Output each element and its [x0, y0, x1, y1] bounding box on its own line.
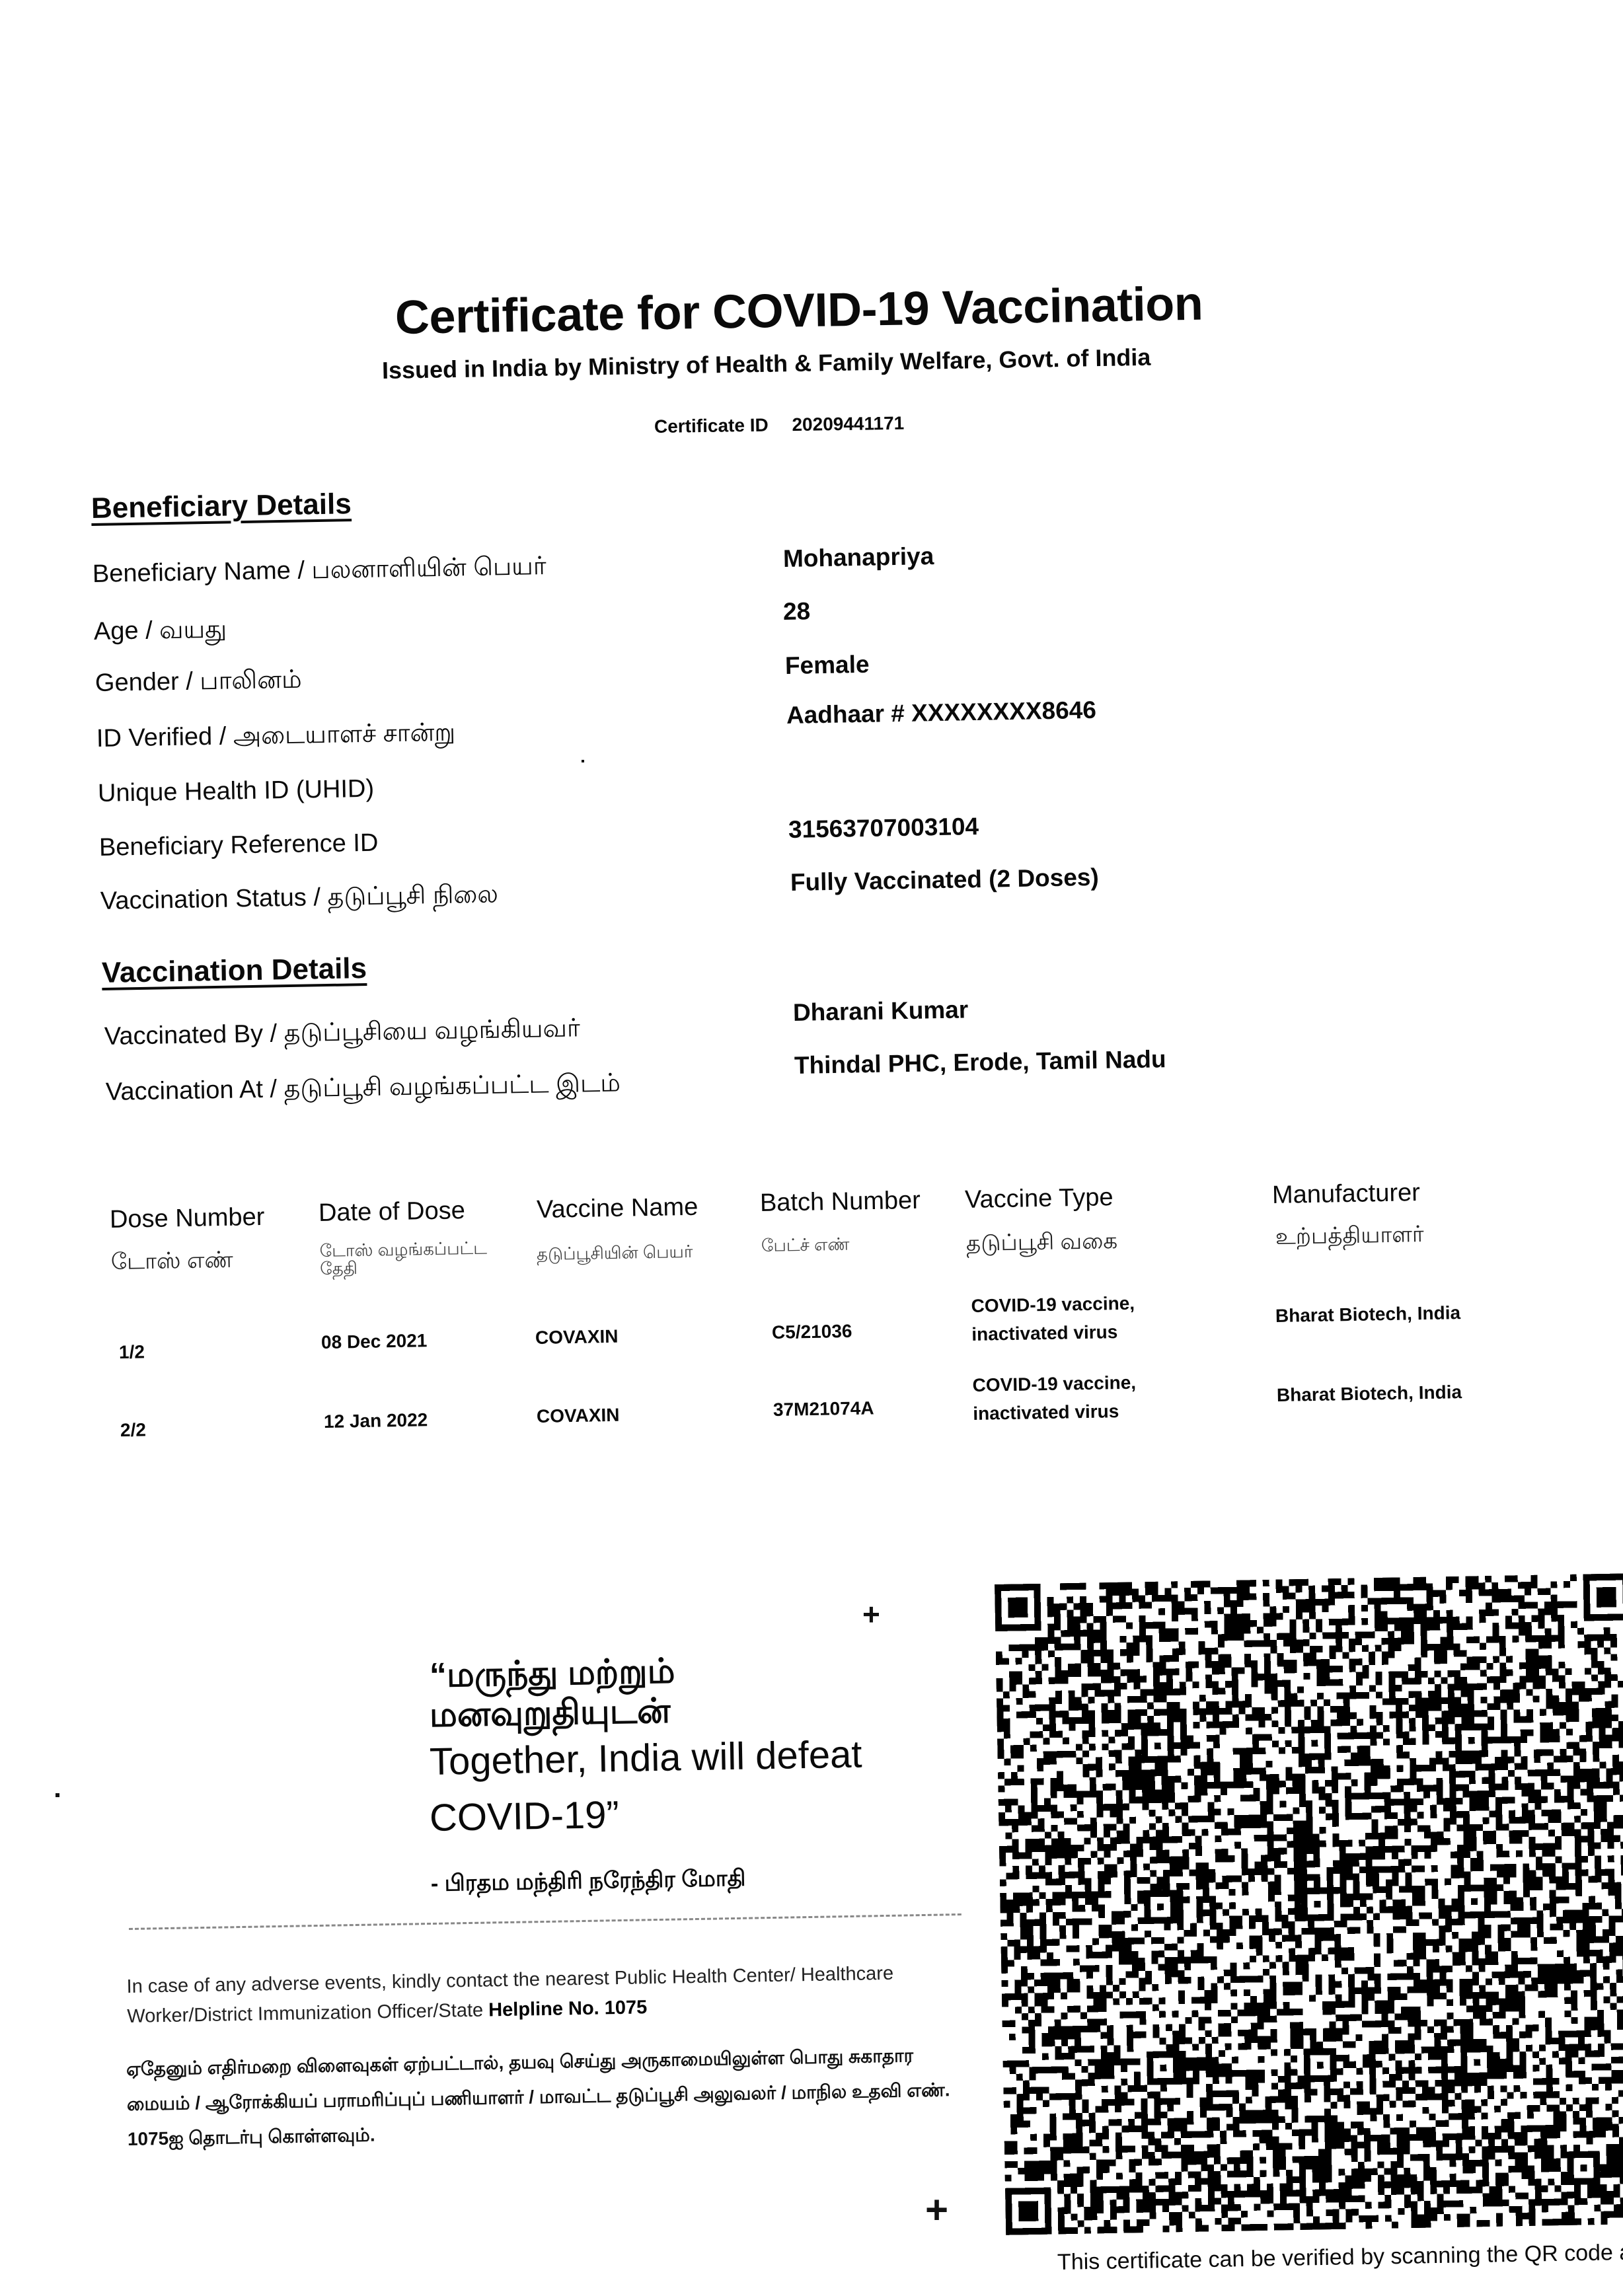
col-batch-number-ta: பேட்ச் எண்: [761, 1236, 850, 1255]
adverse-events-tamil: ஏதேனும் எதிர்மறை விளைவுகள் ஏற்பட்டால், த…: [126, 2037, 954, 2157]
col-vaccine-name-ta: தடுப்பூசியின் பெயர்: [537, 1243, 693, 1263]
quote-english-line2: COVID-19”: [429, 1787, 619, 1846]
gender-value: Female: [785, 651, 870, 680]
quote-tamil-line2: மனவுறுதியுடன்: [430, 1694, 671, 1732]
vaccine-name-cell: COVAXIN: [537, 1401, 620, 1431]
certificate-id: Certificate ID 20209441171: [654, 413, 905, 437]
quote-tamil-line1: “மருந்து மற்றும்: [430, 1654, 675, 1693]
gender-label: Gender / பாலினம்: [95, 666, 302, 701]
beneficiary-name-label: Beneficiary Name / பலனாளியின் பெயர்: [93, 552, 547, 592]
age-value: 28: [783, 597, 811, 626]
quote-attribution: - பிரதம மந்திரி நரேந்திர மோதி: [431, 1866, 746, 1900]
col-vaccine-type: Vaccine Type: [965, 1183, 1113, 1214]
certificate-title: Certificate for COVID-19 Vaccination: [395, 276, 1228, 345]
id-verified-value: Aadhaar # XXXXXXXX8646: [786, 696, 1097, 729]
date-cell: 12 Jan 2022: [324, 1405, 428, 1436]
crosshair-mark-icon: +: [862, 1599, 880, 1629]
vaccine-type-cell: COVID-19 vaccine, inactivated virus: [971, 1288, 1183, 1349]
beneficiary-reference-id-label: Beneficiary Reference ID: [99, 829, 379, 862]
date-cell: 08 Dec 2021: [321, 1326, 428, 1356]
manufacturer-cell: Bharat Biotech, India: [1275, 1298, 1461, 1330]
manufacturer-cell: Bharat Biotech, India: [1277, 1378, 1462, 1409]
col-date-of-dose-ta: டோஸ் வழங்கப்பட்ட தேதி: [320, 1239, 519, 1278]
col-dose-number: Dose Number: [110, 1203, 265, 1234]
col-batch-number: Batch Number: [760, 1187, 921, 1218]
beneficiary-details-heading: Beneficiary Details: [91, 488, 352, 525]
vaccination-status-label: Vaccination Status / தடுப்பூசி நிலை: [100, 880, 499, 918]
age-label: Age / வயது: [94, 615, 227, 649]
col-dose-number-ta: டோஸ் எண்: [111, 1249, 233, 1275]
beneficiary-reference-id-value: 31563707003104: [788, 813, 979, 844]
id-verified-label: ID Verified / அடையாளச் சான்று: [96, 719, 456, 757]
beneficiary-name-value: Mohanapriya: [783, 542, 934, 573]
col-vaccine-type-ta: தடுப்பூசி வகை: [966, 1230, 1118, 1256]
dose-number-cell: 2/2: [120, 1415, 147, 1444]
adverse-events-english: In case of any adverse events, kindly co…: [126, 1958, 920, 2032]
certificate-id-label: Certificate ID: [654, 415, 769, 437]
vaccine-name-cell: COVAXIN: [535, 1322, 619, 1352]
uhid-label: Unique Health ID (UHID): [98, 775, 375, 808]
dose-number-cell: 1/2: [119, 1337, 145, 1366]
qr-verify-caption: This certificate can be verified by scan…: [1057, 2240, 1623, 2276]
qr-code-icon[interactable]: [995, 1573, 1623, 2235]
vaccination-status-value: Fully Vaccinated (2 Doses): [790, 864, 1099, 897]
issuer-subtitle: Issued in India by Ministry of Health & …: [382, 344, 1151, 385]
scan-speck: [582, 760, 584, 762]
vaccine-type-cell: COVID-19 vaccine, inactivated virus: [972, 1367, 1184, 1428]
batch-cell: 37M21074A: [773, 1393, 874, 1424]
vaccinated-by-value: Dharani Kumar: [793, 996, 969, 1027]
col-manufacturer-ta: உற்பத்தியாளர்: [1275, 1223, 1424, 1249]
scan-speck: [56, 1793, 59, 1797]
vaccination-at-value: Thindal PHC, Erode, Tamil Nadu: [794, 1045, 1166, 1080]
helpline-number: Helpline No. 1075: [488, 1997, 648, 2020]
quote-english-line1: Together, India will defeat: [429, 1727, 862, 1791]
vaccination-details-heading: Vaccination Details: [102, 952, 367, 990]
col-vaccine-name: Vaccine Name: [537, 1193, 698, 1224]
batch-cell: C5/21036: [772, 1317, 852, 1347]
col-date-of-dose: Date of Dose: [319, 1197, 466, 1228]
vaccination-at-label: Vaccination At / தடுப்பூசி வழங்கப்பட்ட இ…: [106, 1069, 621, 1110]
certificate-id-value: 20209441171: [792, 413, 904, 435]
crosshair-mark-icon: +: [925, 2190, 948, 2230]
dashed-divider: [129, 1913, 962, 1930]
col-manufacturer: Manufacturer: [1272, 1179, 1421, 1210]
vaccinated-by-label: Vaccinated By / தடுப்பூசியை வழங்கியவர்: [104, 1014, 581, 1055]
